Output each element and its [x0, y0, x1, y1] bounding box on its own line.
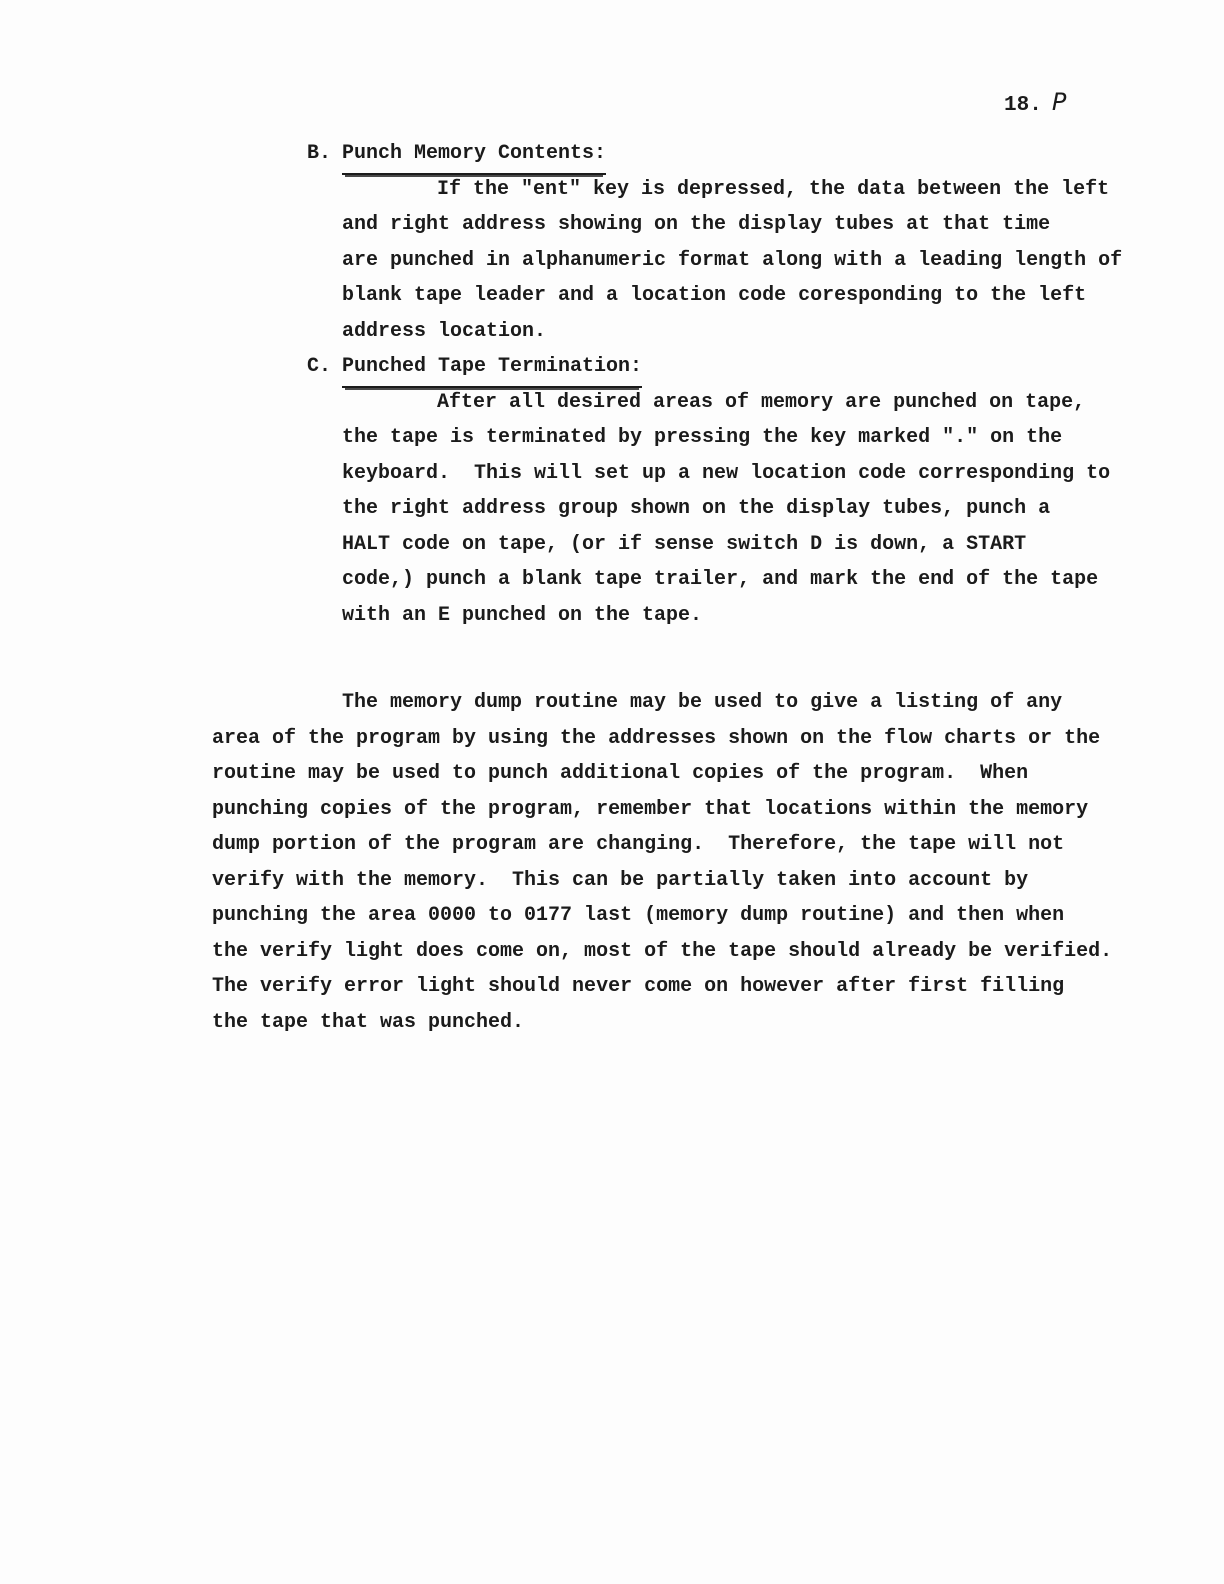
text-line: area of the program by using the address…	[212, 721, 1224, 757]
closing-paragraph: The memory dump routine may be used to g…	[212, 685, 1224, 1040]
section-c-label: C.	[307, 349, 342, 385]
text-line: The verify error light should never come…	[212, 969, 1224, 1005]
text-line: and right address showing on the display…	[342, 207, 1224, 243]
section-c-heading: C.Punched Tape Termination:	[307, 349, 1224, 385]
section-c: C.Punched Tape Termination: After all de…	[307, 349, 1224, 633]
section-b: B.Punch Memory Contents: If the "ent" ke…	[307, 136, 1224, 349]
page-number-text: 18.	[1004, 94, 1042, 117]
text-line: After all desired areas of memory are pu…	[342, 385, 1224, 421]
section-c-body: After all desired areas of memory are pu…	[342, 385, 1224, 634]
text-line: the verify light does come on, most of t…	[212, 934, 1224, 970]
page-annotation: P	[1052, 88, 1066, 116]
section-c-title: Punched Tape Termination:	[342, 349, 642, 388]
text-line: are punched in alphanumeric format along…	[342, 243, 1224, 279]
section-b-title: Punch Memory Contents:	[342, 136, 606, 175]
document-page: 18.P B.Punch Memory Contents: If the "en…	[0, 0, 1224, 1584]
section-b-heading: B.Punch Memory Contents:	[307, 136, 1224, 172]
text-line: punching copies of the program, remember…	[212, 792, 1224, 828]
text-line: the tape that was punched.	[212, 1005, 1224, 1041]
text-line: The memory dump routine may be used to g…	[212, 685, 1224, 721]
text-line: the tape is terminated by pressing the k…	[342, 420, 1224, 456]
text-line: routine may be used to punch additional …	[212, 756, 1224, 792]
text-line: the right address group shown on the dis…	[342, 491, 1224, 527]
document-content: B.Punch Memory Contents: If the "ent" ke…	[0, 136, 1224, 1040]
text-line: punching the area 0000 to 0177 last (mem…	[212, 898, 1224, 934]
page-number: 18.P	[1004, 88, 1066, 117]
text-line: HALT code on tape, (or if sense switch D…	[342, 527, 1224, 563]
text-line: address location.	[342, 314, 1224, 350]
section-b-body: If the "ent" key is depressed, the data …	[342, 172, 1224, 350]
section-b-label: B.	[307, 136, 342, 172]
text-line: If the "ent" key is depressed, the data …	[342, 172, 1224, 208]
text-line: keyboard. This will set up a new locatio…	[342, 456, 1224, 492]
text-line: blank tape leader and a location code co…	[342, 278, 1224, 314]
text-line: dump portion of the program are changing…	[212, 827, 1224, 863]
text-line: code,) punch a blank tape trailer, and m…	[342, 562, 1224, 598]
text-line: verify with the memory. This can be part…	[212, 863, 1224, 899]
text-line: with an E punched on the tape.	[342, 598, 1224, 634]
